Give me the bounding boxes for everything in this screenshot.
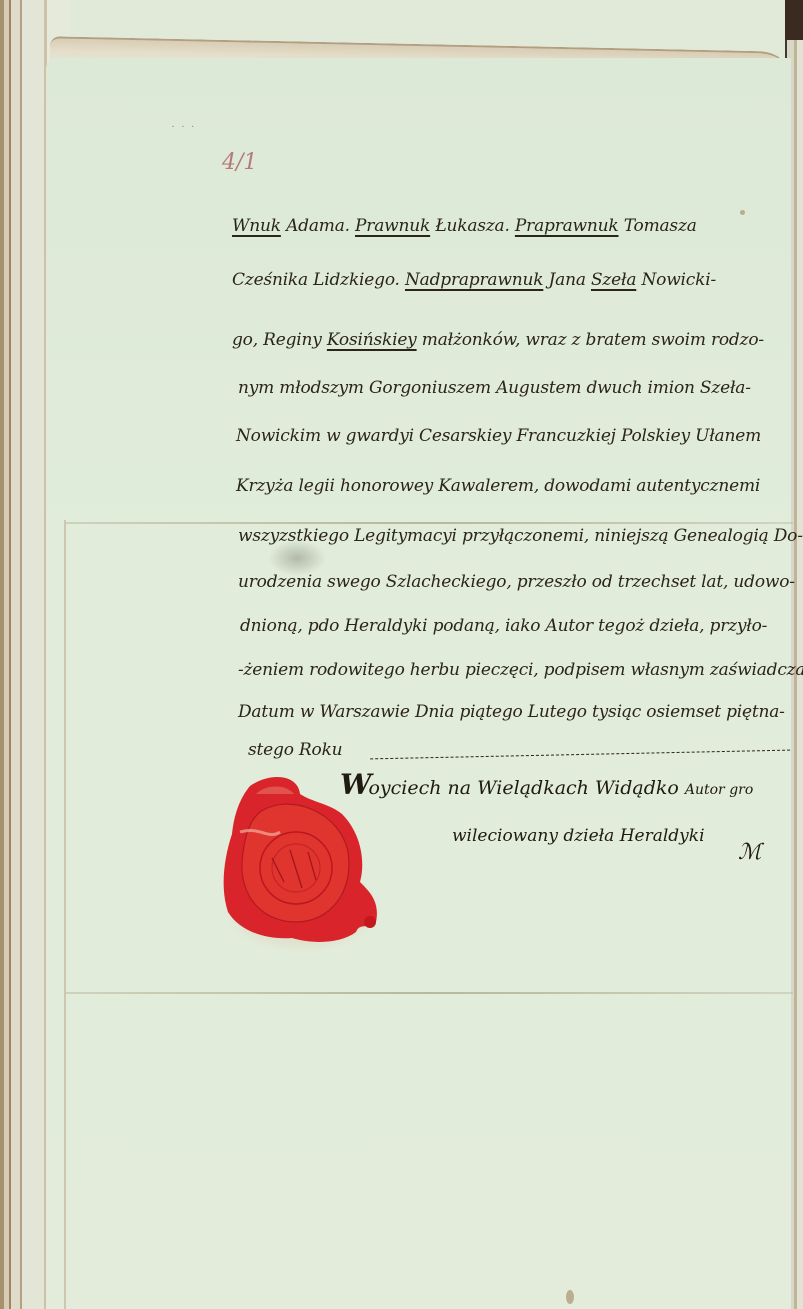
margin-dots: ˙ ˙ ˙ (170, 124, 196, 138)
stain-spot (740, 210, 745, 215)
text-line-8: urodzenia swego Szlacheckiego, przeszło … (238, 572, 795, 592)
signature-initial: W (340, 768, 368, 801)
text-line-2: Cześnika Lidzkiego. Nadpraprawnuk Jana S… (232, 270, 716, 290)
text-line-1: Wnuk Adama. Prawnuk Łukasza. Praprawnuk … (232, 216, 697, 236)
text-line-5: Nowickim w gwardyi Cesarskiey Francuzkie… (236, 426, 761, 446)
signature-line-2: wileciowany dzieła Heraldyki (452, 826, 705, 846)
vertical-fold (64, 520, 66, 1309)
margin-annotation: 4/1 (222, 150, 257, 175)
horizontal-fold-2 (66, 992, 793, 994)
text-line-11: Datum w Warszawie Dnia piątego Lutego ty… (238, 702, 785, 722)
signature-line-1: Woyciech na Wielądkach Widądko Autor gro (340, 768, 753, 801)
text-line-12: stego Roku (248, 740, 342, 760)
text-line-6: Krzyża legii honorowey Kawalerem, dowoda… (236, 476, 760, 496)
text-line-4: nym młodszym Gorgoniuszem Augustem dwuch… (238, 378, 751, 398)
stain-spot (566, 1290, 574, 1304)
manuscript-page (46, 58, 791, 1309)
text-line-3: go, Reginy Kosińskiey małżonków, wraz z … (232, 330, 764, 350)
signature-paraph: ℳ (738, 840, 762, 865)
text-line-9: dnioną, pdo Heraldyki podaną, iako Autor… (240, 616, 767, 636)
horizontal-fold-1 (66, 522, 793, 524)
text-line-10: -żeniem rodowitego herbu pieczęci, podpi… (238, 660, 803, 680)
text-line-7: wszyzstkiego Legitymacyi przyłączonemi, … (238, 526, 803, 546)
